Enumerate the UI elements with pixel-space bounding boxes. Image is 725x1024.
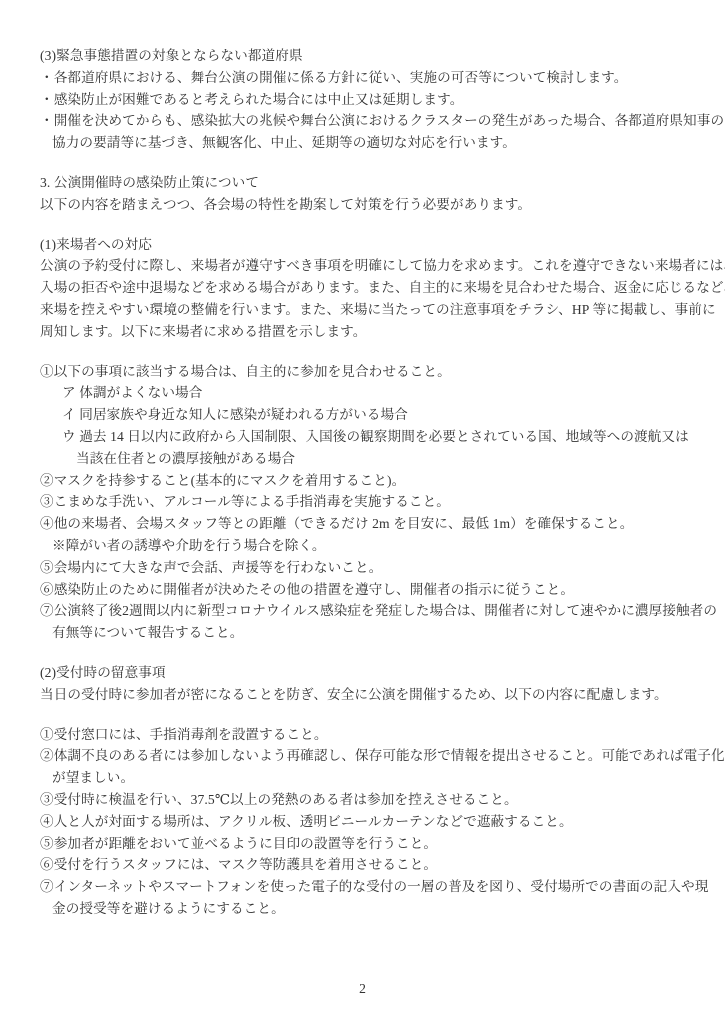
- text-line: イ 同居家族や身近な知人に感染が疑われる方がいる場合: [40, 404, 692, 426]
- text-line: ⑤参加者が距離をおいて並べるように目印の設置等を行うこと。: [40, 833, 692, 855]
- text-line: ⑥感染防止のために開催者が決めたその他の措置を遵守し、開催者の指示に従うこと。: [40, 579, 692, 601]
- text-line: 公演の予約受付に際し、来場者が遵守すべき事項を明確にして協力を求めます。これを遵…: [40, 255, 692, 277]
- text-line: ③こまめな手洗い、アルコール等による手指消毒を実施すること。: [40, 491, 692, 513]
- text-line: ・感染防止が困難であると考えられた場合には中止又は延期します。: [40, 89, 692, 111]
- page-number: 2: [0, 978, 725, 1000]
- text-line: が望ましい。: [40, 767, 692, 789]
- text-line: (2)受付時の留意事項: [40, 662, 692, 684]
- text-line: ⑤会場内にて大きな声で会話、声援等を行わないこと。: [40, 557, 692, 579]
- blank-line: [40, 343, 692, 361]
- text-line: 3. 公演開催時の感染防止策について: [40, 172, 692, 194]
- blank-line: [40, 644, 692, 662]
- text-line: ⑦公演終了後2週間以内に新型コロナウイルス感染症を発症した場合は、開催者に対して…: [40, 600, 692, 622]
- text-line: (3)緊急事態措置の対象とならない都道府県: [40, 45, 692, 67]
- text-line: 入場の拒否や途中退場などを求める場合があります。また、自主的に来場を見合わせた場…: [40, 277, 692, 299]
- text-line: ④他の来場者、会場スタッフ等との距離（できるだけ 2m を目安に、最低 1m）を…: [40, 513, 692, 535]
- text-line: 以下の内容を踏まえつつ、各会場の特性を勘案して対策を行う必要があります。: [40, 194, 692, 216]
- text-line: 金の授受等を避けるようにすること。: [40, 898, 692, 920]
- text-line: 協力の要請等に基づき、無観客化、中止、延期等の適切な対応を行います。: [40, 132, 692, 154]
- text-line: ③受付時に検温を行い、37.5℃以上の発熱のある者は参加を控えさせること。: [40, 789, 692, 811]
- text-line: ④人と人が対面する場所は、アクリル板、透明ビニールカーテンなどで遮蔽すること。: [40, 811, 692, 833]
- text-line: ①以下の事項に該当する場合は、自主的に参加を見合わせること。: [40, 361, 692, 383]
- text-line: ※障がい者の誘導や介助を行う場合を除く。: [40, 535, 692, 557]
- text-line: (1)来場者への対応: [40, 234, 692, 256]
- text-line: ⑥受付を行うスタッフには、マスク等防護具を着用させること。: [40, 854, 692, 876]
- text-line: ⑦インターネットやスマートフォンを使った電子的な受付の一層の普及を図り、受付場所…: [40, 876, 692, 898]
- text-line: ・各都道府県における、舞台公演の開催に係る方針に従い、実施の可否等について検討し…: [40, 67, 692, 89]
- blank-line: [40, 706, 692, 724]
- document-page: (3)緊急事態措置の対象とならない都道府県・各都道府県における、舞台公演の開催に…: [0, 0, 725, 1024]
- text-line: ・開催を決めてからも、感染拡大の兆候や舞台公演におけるクラスターの発生があった場…: [40, 110, 692, 132]
- text-line: ウ 過去 14 日以内に政府から入国制限、入国後の観察期間を必要とされている国、…: [40, 426, 692, 448]
- text-line: 当日の受付時に参加者が密になることを防ぎ、安全に公演を開催するため、以下の内容に…: [40, 684, 692, 706]
- text-line: ②体調不良のある者には参加しないよう再確認し、保存可能な形で情報を提出させること…: [40, 745, 692, 767]
- text-line: 当該在住者との濃厚接触がある場合: [40, 448, 692, 470]
- text-line: 周知します。以下に来場者に求める措置を示します。: [40, 321, 692, 343]
- blank-line: [40, 154, 692, 172]
- text-line: ②マスクを持参すること(基本的にマスクを着用すること)。: [40, 470, 692, 492]
- document-body: (3)緊急事態措置の対象とならない都道府県・各都道府県における、舞台公演の開催に…: [40, 45, 692, 920]
- text-line: ア 体調がよくない場合: [40, 382, 692, 404]
- text-line: 有無等について報告すること。: [40, 622, 692, 644]
- text-line: 来場を控えやすい環境の整備を行います。また、来場に当たっての注意事項をチラシ、H…: [40, 299, 692, 321]
- blank-line: [40, 216, 692, 234]
- text-line: ①受付窓口には、手指消毒剤を設置すること。: [40, 724, 692, 746]
